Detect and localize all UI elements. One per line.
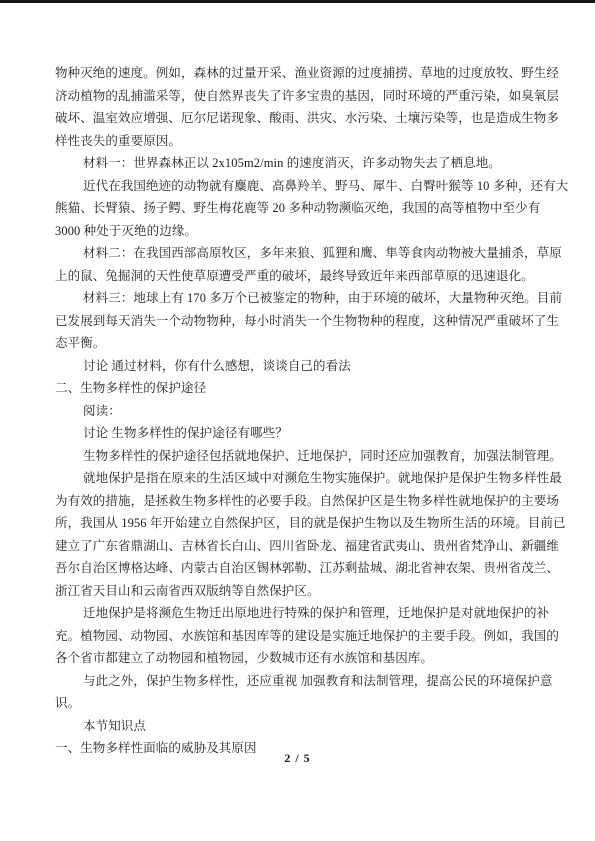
text-line: 阅读：: [55, 400, 542, 423]
text-line: 浙江省天目山和云南省西双版纳等自然保护区。: [55, 580, 542, 603]
text-line: 已发展到每天消失一个动物物种，每小时消失一个生物物种的程度，这种情况严重破坏了生: [55, 310, 542, 333]
text-line: 就地保护是指在原来的生活区域中对濒危生物实施保护。就地保护是保护生物多样性最: [55, 467, 542, 490]
text-line: 讨论 生物多样性的保护途径有哪些？: [55, 422, 542, 445]
text-line: 材料三：地球上有 170 多万个已被鉴定的物种，由于环境的破坏，大量物种灭绝。目…: [55, 287, 542, 310]
text-line: 识。: [55, 692, 542, 715]
text-line: 所，我国从 1956 年开始建立自然保护区，目的就是保护生物以及生物所生活的环境…: [55, 512, 542, 535]
text-line: 建立了广东省鼎湖山、吉林省长白山、四川省卧龙、福建省武夷山、贵州省梵净山、新疆维: [55, 535, 542, 558]
text-line: 讨论 通过材料，你有什么感想，谈谈自己的看法: [55, 355, 542, 378]
page-number: 2 / 5: [0, 751, 595, 766]
text-line: 态平衡。: [55, 332, 542, 355]
page-top-edge-rule: [0, 0, 595, 3]
text-line: 熊猫、长臂猿、扬子鳄、野生梅花鹿等 20 多种动物濒临灭绝，我国的高等植物中至少…: [55, 197, 542, 220]
text-line: 破坏、温室效应增强、厄尔尼诺现象、酸雨、洪灾、水污染、土壤污染等，也是造成生物多: [55, 107, 542, 130]
text-line: 本节知识点: [55, 715, 542, 738]
text-line: 与此之外，保护生物多样性，还应重视 加强教育和法制管理，提高公民的环境保护意: [55, 670, 542, 693]
text-line: 近代在我国绝迹的动物就有麋鹿、高鼻羚羊、野马、犀牛、白臀叶猴等 10 多种，还有…: [55, 175, 542, 198]
text-line: 迁地保护是将濒危生物迁出原地进行特殊的保护和管理，迁地保护是对就地保护的补: [55, 602, 542, 625]
text-line: 为有效的措施，是拯救生物多样性的必要手段。自然保护区是生物多样性就地保护的主要场: [55, 490, 542, 513]
text-line: 上的鼠、兔掘洞的天性使草原遭受严重的破坏，最终导致近年来西部草原的迅速退化。: [55, 265, 542, 288]
text-line: 济动植物的乱捕滥采等，使自然界丧失了许多宝贵的基因，同时环境的严重污染，如臭氧层: [55, 85, 542, 108]
text-line: 材料一：世界森林正以 2x105m2/min 的速度消灭，许多动物失去了栖息地。: [55, 152, 542, 175]
document-body-text: 物种灭绝的速度。例如，森林的过量开采、渔业资源的过度捕捞、草地的过度放牧、野生经…: [55, 62, 542, 760]
text-line: 3000 种处于灭绝的边缘。: [55, 220, 542, 243]
text-line: 二、生物多样性的保护途径: [55, 377, 542, 400]
text-line: 材料二：在我国西部高原牧区，多年来狼、狐狸和鹰、隼等食肉动物被大量捕杀，草原: [55, 242, 542, 265]
text-line: 物种灭绝的速度。例如，森林的过量开采、渔业资源的过度捕捞、草地的过度放牧、野生经: [55, 62, 542, 85]
text-line: 样性丧失的重要原因。: [55, 130, 542, 153]
text-line: 各个省市都建立了动物园和植物园，少数城市还有水族馆和基因库。: [55, 647, 542, 670]
text-line: 吾尔自治区博格达峰、内蒙古自治区锡林郭勒、江苏剩盐城、湖北省神农架、贵州省茂兰、: [55, 557, 542, 580]
text-line: 充。植物园、动物园、水族馆和基因库等的建设是实施迁地保护的主要手段。例如，我国的: [55, 625, 542, 648]
document-page: 物种灭绝的速度。例如，森林的过量开采、渔业资源的过度捕捞、草地的过度放牧、野生经…: [0, 0, 595, 841]
text-line: 生物多样性的保护途径包括就地保护、迁地保护，同时还应加强教育，加强法制管理。: [55, 445, 542, 468]
